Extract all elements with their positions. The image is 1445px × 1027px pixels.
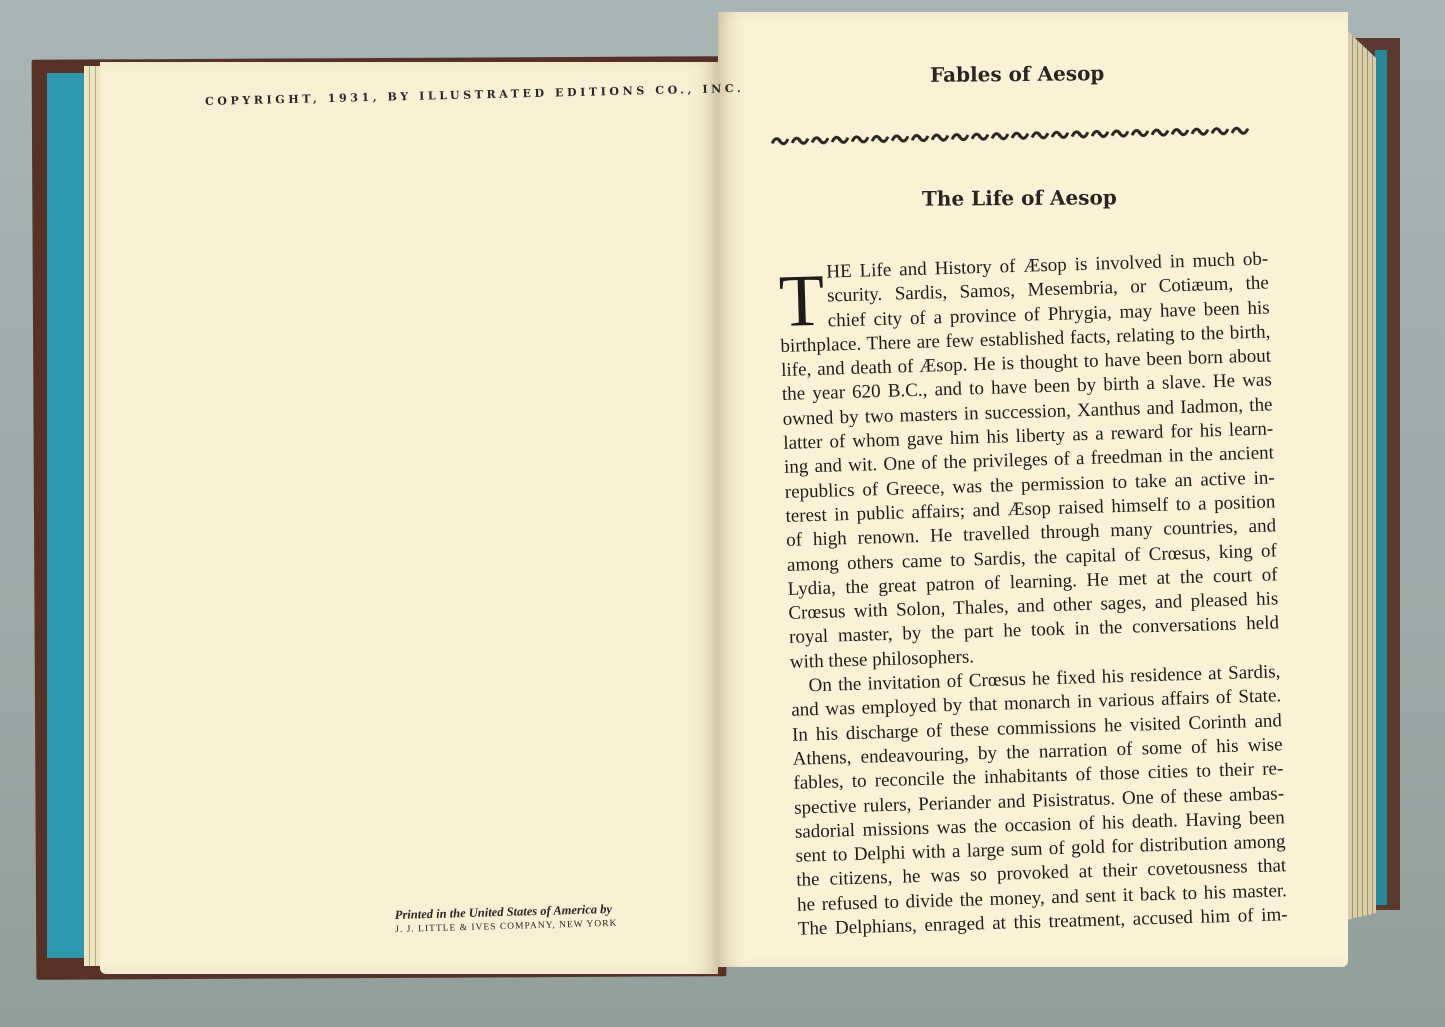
endpaper-right — [1375, 50, 1387, 905]
left-page — [100, 62, 718, 974]
chapter-title: The Life of Aesop — [922, 185, 1117, 210]
body-text: T HE Life and History of Æsop is involve… — [778, 247, 1288, 942]
drop-cap: T — [778, 269, 825, 334]
running-head: Fables of Aesop — [930, 61, 1105, 87]
